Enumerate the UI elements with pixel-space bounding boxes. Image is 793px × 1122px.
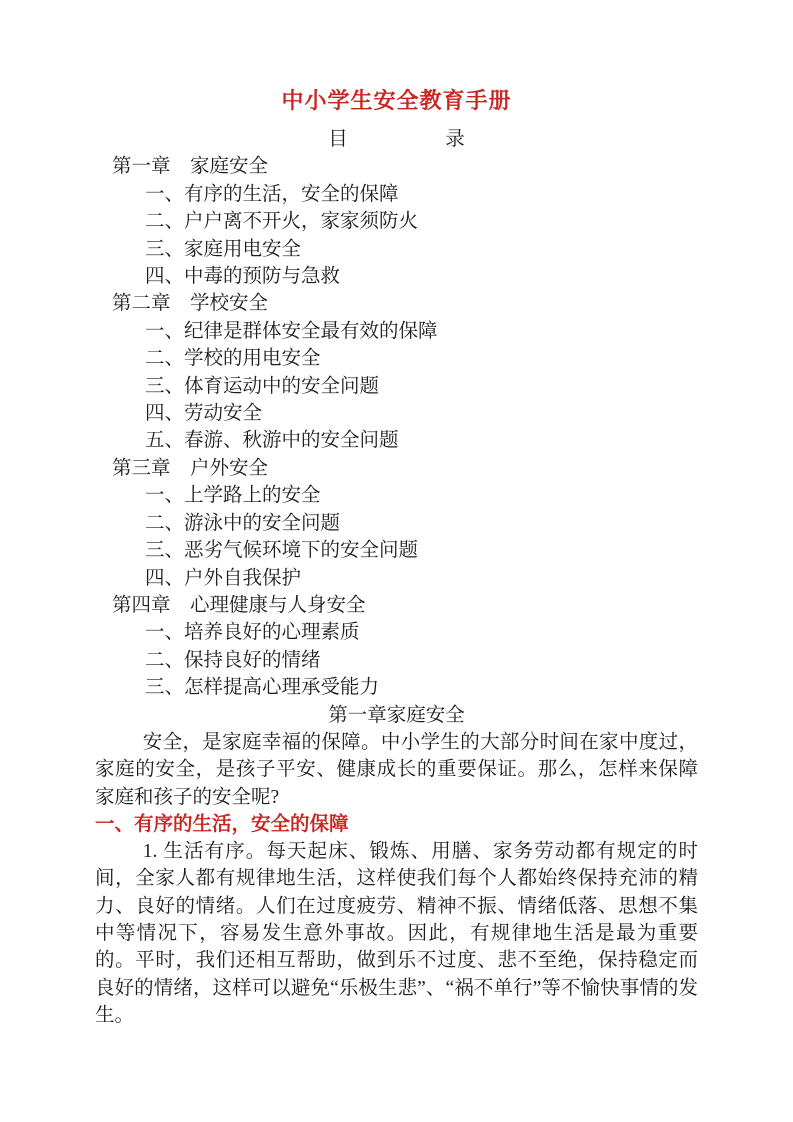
document-title: 中小学生安全教育手册 <box>95 86 698 116</box>
document-page: 中小学生安全教育手册 目 录 第一章 家庭安全 一、有序的生活，安全的保障 二、… <box>0 0 793 1122</box>
toc-item-2-4: 四、劳动安全 <box>95 400 698 427</box>
toc-item-4-2: 二、保持良好的情绪 <box>95 647 698 674</box>
toc-item-4-3: 三、怎样提高心理承受能力 <box>95 674 698 701</box>
toc-chapter-3: 第三章 户外安全 <box>95 455 698 482</box>
toc-item-2-2: 二、学校的用电安全 <box>95 345 698 372</box>
section-intro-paragraph: 安全，是家庭幸福的保障。中小学生的大部分时间在家中度过，家庭的安全，是孩子平安、… <box>95 729 698 811</box>
toc-item-3-3: 三、恶劣气候环境下的安全问题 <box>95 537 698 564</box>
toc-item-1-3: 三、家庭用电安全 <box>95 236 698 263</box>
toc-title: 目 录 <box>95 126 698 153</box>
toc-item-3-4: 四、户外自我保护 <box>95 565 698 592</box>
toc-item-1-2: 二、户户离不开火，家家须防火 <box>95 208 698 235</box>
toc-chapter-4: 第四章 心理健康与人身安全 <box>95 592 698 619</box>
toc-item-2-1: 一、纪律是群体安全最有效的保障 <box>95 318 698 345</box>
toc-item-4-1: 一、培养良好的心理素质 <box>95 619 698 646</box>
toc-chapter-2: 第二章 学校安全 <box>95 290 698 317</box>
subsection-heading: 一、有序的生活，安全的保障 <box>95 811 698 838</box>
toc-item-1-4: 四、中毒的预防与急救 <box>95 263 698 290</box>
toc-item-3-2: 二、游泳中的安全问题 <box>95 510 698 537</box>
toc-item-2-5: 五、春游、秋游中的安全问题 <box>95 427 698 454</box>
table-of-contents: 第一章 家庭安全 一、有序的生活，安全的保障 二、户户离不开火，家家须防火 三、… <box>95 153 698 701</box>
toc-item-2-3: 三、体育运动中的安全问题 <box>95 373 698 400</box>
toc-item-1-1: 一、有序的生活，安全的保障 <box>95 181 698 208</box>
section-heading: 第一章家庭安全 <box>95 702 698 729</box>
subsection-body-paragraph: 1. 生活有序。每天起床、锻炼、用膳、家务劳动都有规定的时间，全家人都有规律地生… <box>95 838 698 1029</box>
toc-chapter-1: 第一章 家庭安全 <box>95 153 698 180</box>
toc-item-3-1: 一、上学路上的安全 <box>95 482 698 509</box>
